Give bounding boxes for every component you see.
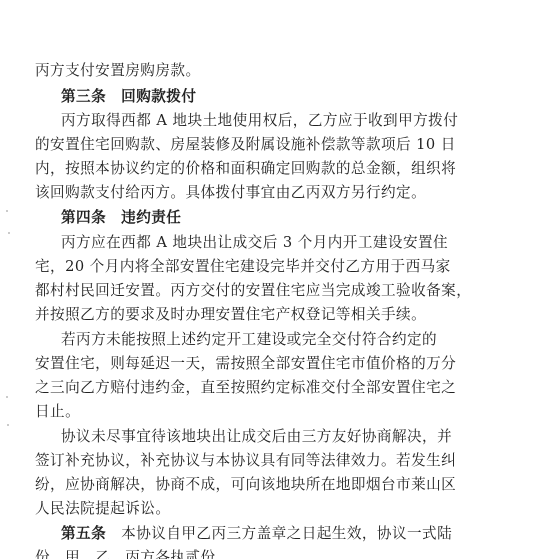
text-line: 份，甲、乙、丙方各执贰份。 bbox=[35, 549, 231, 559]
text-line: 签订补充协议，补充协议与本协议具有同等法律效力。若发生纠 bbox=[35, 452, 456, 470]
article-3-heading: 第三条 回购款拨付 bbox=[61, 88, 196, 106]
text-line: 丙方取得西都 A 地块土地使用权后，乙方应于收到甲方拨付 bbox=[61, 112, 458, 130]
text-line: 协议未尽事宜待该地块出让成交后由三方友好协商解决，并 bbox=[61, 428, 452, 446]
text-line: 该回购款支付给丙方。具体拨付事宜由乙丙双方另行约定。 bbox=[35, 184, 426, 202]
text-line: 丙方应在西都 A 地块出让成交后 3 个月内开工建设安置住 bbox=[61, 234, 448, 252]
text-line: 之三向乙方赔付违约金，直至按照约定标准交付全部安置住宅之 bbox=[35, 379, 456, 397]
scan-speck bbox=[6, 210, 8, 212]
document-page: 丙方支付安置房购房款。 第三条 回购款拨付 丙方取得西都 A 地块土地使用权后，… bbox=[0, 0, 551, 559]
scan-speck bbox=[8, 232, 10, 234]
scan-speck bbox=[7, 424, 9, 426]
article-5-text: 本协议自甲乙丙三方盖章之日起生效，协议一式陆 bbox=[106, 525, 452, 542]
text-line: 并按照乙方的要求及时办理安置住宅产权登记等相关手续。 bbox=[35, 306, 426, 324]
text-line: 宅，20 个月内将全部安置住宅建设完毕并交付乙方用于西马家 bbox=[35, 258, 451, 276]
text-line: 人民法院提起诉讼。 bbox=[35, 500, 170, 518]
text-line: 都村村民回迁安置。丙方交付的安置住宅应当完成竣工验收备案， bbox=[35, 282, 471, 300]
text-line: 内，按照本协议约定的价格和面积确定回购款的总金额，组织将 bbox=[35, 160, 456, 178]
article-5-heading: 第五条 bbox=[61, 525, 106, 542]
text-line: 纷，应协商解决，协商不成，可向该地块所在地即烟台市莱山区 bbox=[35, 476, 456, 494]
text-line: 丙方支付安置房购房款。 bbox=[35, 62, 200, 80]
scan-speck bbox=[6, 396, 8, 398]
text-line: 的安置住宅回购款、房屋装修及附属设施补偿款等款项后 10 日 bbox=[35, 136, 456, 154]
text-line: 日止。 bbox=[35, 403, 80, 421]
article-5-line: 第五条 本协议自甲乙丙三方盖章之日起生效，协议一式陆 bbox=[61, 525, 452, 543]
text-line: 安置住宅，则每延迟一天，需按照全部安置住宅市值价格的万分 bbox=[35, 355, 456, 373]
text-line: 若丙方未能按照上述约定开工建设或完全交付符合约定的 bbox=[61, 331, 437, 349]
article-4-heading: 第四条 违约责任 bbox=[61, 209, 181, 227]
